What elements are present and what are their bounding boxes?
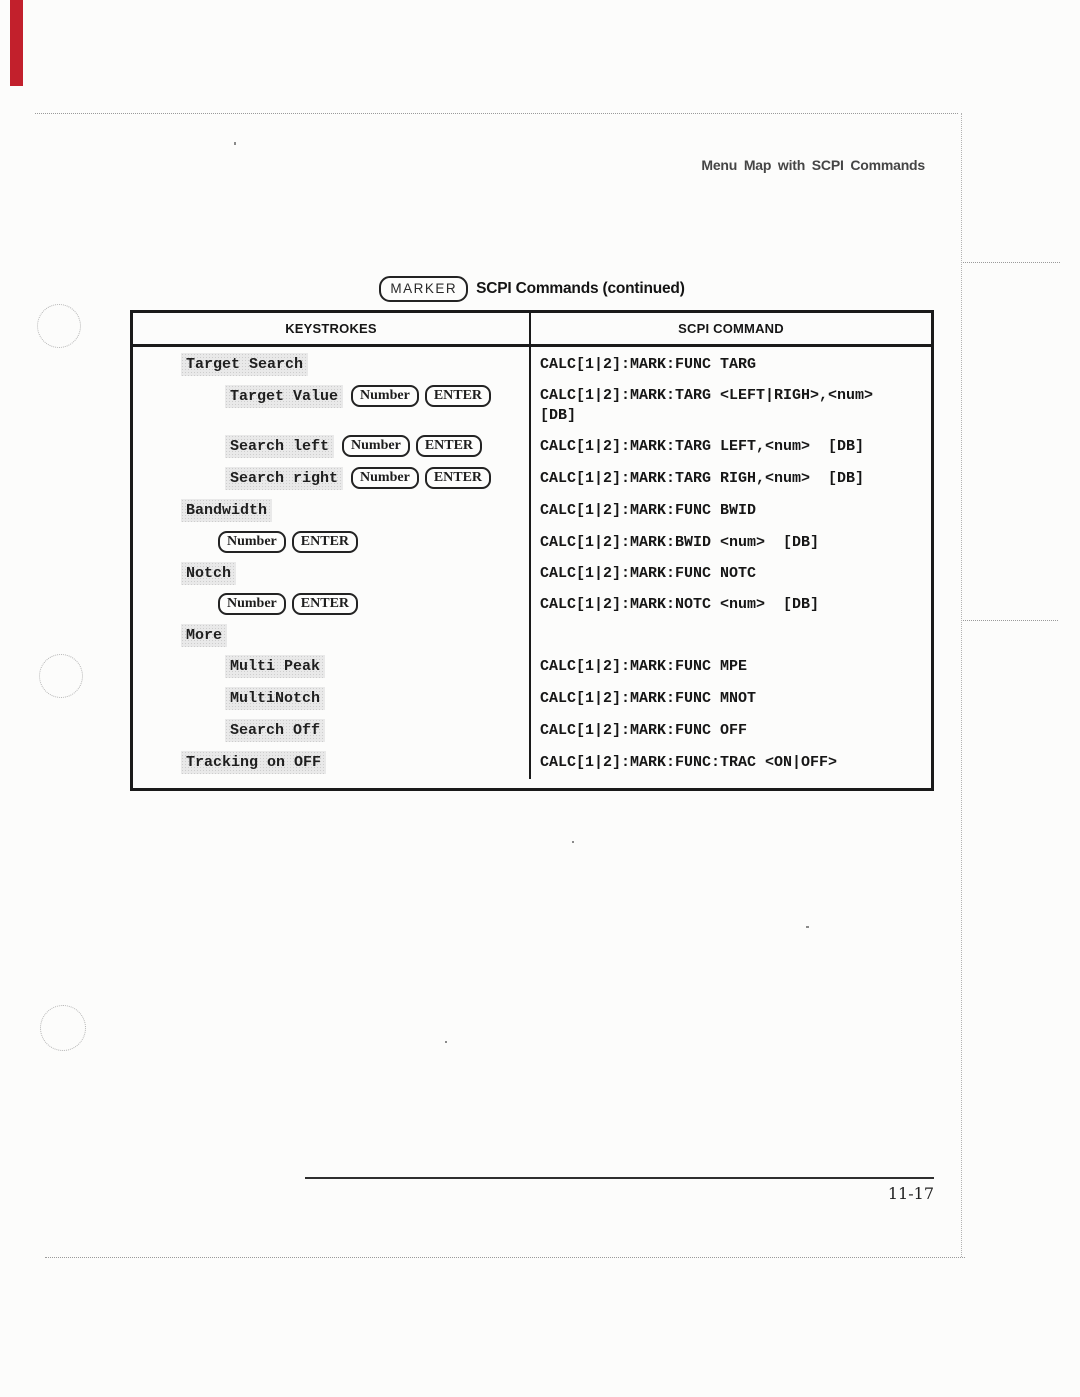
- softkey-label: Tracking on OFF: [181, 751, 326, 774]
- scpi-cell: CALC[1|2]:MARK:TARG <LEFT|RIGH>,<num> [D…: [531, 381, 931, 431]
- scpi-cell: CALC[1|2]:MARK:FUNC BWID: [531, 495, 931, 527]
- keystroke-cell: Bandwidth: [133, 495, 531, 527]
- scpi-cell: CALC[1|2]:MARK:FUNC MPE: [531, 651, 931, 683]
- enter-hardkey: ENTER: [425, 467, 491, 489]
- scpi-cell: CALC[1|2]:MARK:TARG LEFT,<num> [DB]: [531, 431, 931, 463]
- keystroke-cell: Search rightNumberENTER: [133, 463, 531, 495]
- table-row: Search leftNumberENTER CALC[1|2]:MARK:TA…: [133, 431, 931, 463]
- table-row: NumberENTER CALC[1|2]:MARK:NOTC <num> [D…: [133, 589, 931, 621]
- punch-hole-circle: [40, 1005, 86, 1051]
- table-row: MultiNotch CALC[1|2]:MARK:FUNC MNOT: [133, 683, 931, 715]
- scan-dotted-line-bottom: [45, 1257, 965, 1258]
- number-hardkey: Number: [218, 593, 286, 615]
- table-caption: MARKER SCPI Commands (continued): [130, 276, 934, 302]
- enter-hardkey: ENTER: [425, 385, 491, 407]
- punch-hole-circle: [39, 654, 83, 698]
- softkey-label: Notch: [181, 562, 236, 585]
- scan-speck: [572, 841, 574, 843]
- scpi-command-table: KEYSTROKES SCPI COMMAND Target Search CA…: [130, 310, 934, 791]
- softkey-label: Bandwidth: [181, 499, 272, 522]
- enter-hardkey: ENTER: [416, 435, 482, 457]
- scan-dash-right-lower: [963, 620, 1058, 621]
- scan-speck: [445, 1041, 447, 1043]
- keystroke-cell: NumberENTER: [133, 527, 531, 559]
- scan-speck: [234, 142, 236, 145]
- table-row: NumberENTER CALC[1|2]:MARK:BWID <num> [D…: [133, 527, 931, 559]
- scan-edge-line-right: [961, 113, 962, 1257]
- enter-hardkey: ENTER: [292, 593, 358, 615]
- keystroke-cell: More: [133, 621, 531, 651]
- column-header-scpi-command: SCPI COMMAND: [531, 313, 931, 344]
- scan-dash-right-upper: [963, 262, 1060, 263]
- caption-title: SCPI Commands (continued): [476, 280, 685, 298]
- table-row: Target ValueNumberENTER CALC[1|2]:MARK:T…: [133, 381, 931, 431]
- softkey-label: More: [181, 624, 227, 647]
- table-row: Multi Peak CALC[1|2]:MARK:FUNC MPE: [133, 651, 931, 683]
- column-header-keystrokes: KEYSTROKES: [133, 313, 531, 344]
- number-hardkey: Number: [218, 531, 286, 553]
- softkey-label: Search left: [225, 435, 334, 458]
- scpi-cell: CALC[1|2]:MARK:FUNC NOTC: [531, 559, 931, 589]
- punch-hole-circle: [37, 304, 81, 348]
- table-row: Search Off CALC[1|2]:MARK:FUNC OFF: [133, 715, 931, 747]
- table-row: Tracking on OFF CALC[1|2]:MARK:FUNC:TRAC…: [133, 747, 931, 779]
- scpi-cell: CALC[1|2]:MARK:BWID <num> [DB]: [531, 527, 931, 559]
- number-hardkey: Number: [351, 385, 419, 407]
- scpi-cell: [531, 621, 931, 651]
- page-number: 11-17: [888, 1184, 934, 1203]
- scan-dotted-line-top: [35, 113, 958, 114]
- enter-hardkey: ENTER: [292, 531, 358, 553]
- keystroke-cell: Search leftNumberENTER: [133, 431, 531, 463]
- softkey-label: Multi Peak: [225, 655, 325, 678]
- keystroke-cell: NumberENTER: [133, 589, 531, 621]
- table-row: Notch CALC[1|2]:MARK:FUNC NOTC: [133, 559, 931, 589]
- scpi-cell: CALC[1|2]:MARK:FUNC:TRAC <ON|OFF>: [531, 747, 931, 779]
- scpi-cell: CALC[1|2]:MARK:TARG RIGH,<num> [DB]: [531, 463, 931, 495]
- keystroke-cell: Target Search: [133, 349, 531, 381]
- table-row: Search rightNumberENTER CALC[1|2]:MARK:T…: [133, 463, 931, 495]
- softkey-label: Search Off: [225, 719, 325, 742]
- table-header-row: KEYSTROKES SCPI COMMAND: [133, 313, 931, 347]
- table-row: Target Search CALC[1|2]:MARK:FUNC TARG: [133, 349, 931, 381]
- table-row: Bandwidth CALC[1|2]:MARK:FUNC BWID: [133, 495, 931, 527]
- red-edge-mark: [10, 0, 23, 86]
- softkey-label: Target Search: [181, 353, 308, 376]
- number-hardkey: Number: [342, 435, 410, 457]
- keystroke-cell: Search Off: [133, 715, 531, 747]
- scpi-cell: CALC[1|2]:MARK:FUNC OFF: [531, 715, 931, 747]
- scpi-cell: CALC[1|2]:MARK:FUNC MNOT: [531, 683, 931, 715]
- scpi-cell: CALC[1|2]:MARK:FUNC TARG: [531, 349, 931, 381]
- table-body: Target Search CALC[1|2]:MARK:FUNC TARG T…: [133, 347, 931, 779]
- keystroke-cell: Tracking on OFF: [133, 747, 531, 779]
- footer-rule: [305, 1177, 934, 1179]
- softkey-label: MultiNotch: [225, 687, 325, 710]
- softkey-label: Target Value: [225, 385, 343, 408]
- keystroke-cell: MultiNotch: [133, 683, 531, 715]
- marker-hardkey: MARKER: [379, 276, 468, 302]
- keystroke-cell: Notch: [133, 559, 531, 589]
- keystroke-cell: Multi Peak: [133, 651, 531, 683]
- scan-speck: [806, 926, 809, 928]
- scpi-cell: CALC[1|2]:MARK:NOTC <num> [DB]: [531, 589, 931, 621]
- table-row: More: [133, 621, 931, 651]
- number-hardkey: Number: [351, 467, 419, 489]
- softkey-label: Search right: [225, 467, 343, 490]
- running-header: Menu Map with SCPI Commands: [701, 157, 925, 173]
- keystroke-cell: Target ValueNumberENTER: [133, 381, 531, 431]
- scanned-manual-page: Menu Map with SCPI Commands MARKER SCPI …: [0, 0, 1080, 1397]
